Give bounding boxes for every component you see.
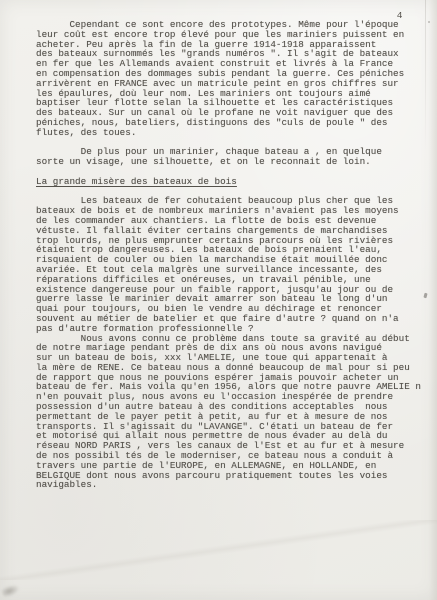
text-line: sorte un visage, une silhouette, et on l… (36, 157, 427, 167)
paragraph-misere-bateaux-bois: Les bateaux de fer cohutaient beaucoup p… (36, 196, 427, 333)
paragraph-marinier-visage: De plus pour un marinier, chaque bateau … (36, 147, 427, 167)
section-heading: La grande misère des bateaux de bois (36, 177, 427, 187)
paragraph-prototypes: Cependant ce sont encore des prototypes.… (36, 20, 427, 138)
scanned-typewritten-page: 4 Cependant ce sont encore des prototype… (0, 0, 437, 600)
scan-speck-top-right (428, 21, 430, 23)
text-line: flutes, des toues. (36, 128, 427, 138)
scan-edge-crease (425, 0, 426, 150)
scan-smudge-bottom-left (1, 582, 22, 598)
document-body: Cependant ce sont encore des prototypes.… (36, 20, 427, 490)
text-line: navigables. (36, 480, 427, 490)
paper-crease (0, 520, 437, 580)
scan-edge-shadow (429, 0, 437, 600)
paragraph-amelie-lavange: Nous avons connu ce problème dans toute … (36, 334, 427, 491)
